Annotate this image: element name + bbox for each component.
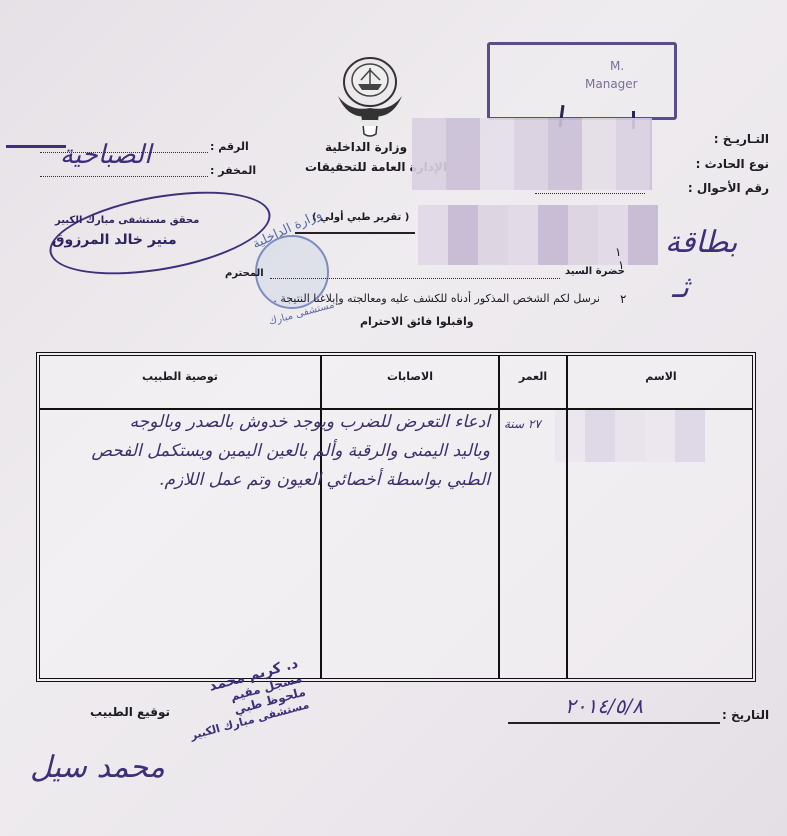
redacted-block	[412, 118, 652, 190]
date-label: التـاريـخ :	[714, 132, 769, 146]
number-label: الرقم :	[210, 140, 249, 153]
recipient-label: حضرة السيد	[565, 266, 625, 277]
header-name: الاسم	[568, 370, 754, 383]
medical-report-table: الاسم العمر الاصابات توصية الطبيب ٢٧ سنة…	[36, 352, 756, 682]
cell-recommendation-line2: وباليد اليمنى والرقبة وألم بالعين اليمين…	[50, 437, 490, 466]
recipient-honorific: المحترم	[225, 268, 264, 279]
margin-number: ١	[618, 258, 624, 272]
footer-date-label: التاريخ :	[722, 708, 769, 722]
body-text-line2: واقبلوا فائق الاحترام	[360, 315, 474, 328]
pen-stroke	[6, 145, 66, 148]
recipient-field	[270, 278, 560, 279]
body-text-line1: نرسل لكم الشخص المذكور أدناه للكشف عليه …	[220, 292, 600, 305]
investigator-name: منير خالد المرزوق	[52, 232, 177, 248]
investigator-title: محقق مستشفى مبارك الكبير	[55, 215, 199, 226]
header-injuries: الاصابات	[322, 370, 498, 383]
footer-date-value: ٢٠١٤/٥/٨	[565, 694, 643, 718]
case-number-label: رقم الأحوال :	[688, 181, 769, 195]
police-station-label: المخفر :	[210, 164, 256, 177]
cell-recommendation-line3: الطبي بواسطة أخصائي العيون وتم عمل اللاز…	[50, 466, 490, 495]
table-header-row	[40, 356, 752, 410]
redacted-block	[418, 205, 658, 265]
header-recommendation: توصية الطبيب	[40, 370, 320, 383]
police-station-handwritten: الصباحية	[60, 140, 151, 170]
police-station-field	[40, 176, 208, 177]
header-age: العمر	[500, 370, 566, 383]
margin-number: ١	[615, 245, 621, 259]
cell-recommendation-line1: ادعاء التعرض للضرب ويوجد خدوش بالصدر وبا…	[50, 408, 490, 437]
title-underline	[295, 232, 415, 234]
stamp-line2: Manager	[585, 77, 638, 91]
column-divider	[320, 356, 322, 678]
margin-note-handwritten: بطاقة	[665, 225, 738, 260]
case-number-field	[535, 193, 645, 194]
rectangular-stamp: M. Manager	[487, 42, 677, 120]
incident-type-label: نوع الحادث :	[696, 157, 769, 171]
report-title: ( تقرير طبي أولي )	[312, 212, 409, 223]
ministry-name: وزارة الداخلية	[325, 140, 407, 154]
doctor-signature-handwritten: محمد سيل	[30, 750, 165, 785]
date-underline	[508, 722, 720, 724]
column-divider	[498, 356, 500, 678]
kuwait-emblem-icon	[330, 50, 410, 140]
margin-number: ٢	[620, 292, 626, 306]
stamp-line1: M.	[610, 59, 624, 73]
margin-note-handwritten-2: ثـ	[672, 270, 689, 305]
cell-age: ٢٧ سنة	[504, 410, 541, 439]
column-divider	[566, 356, 568, 678]
